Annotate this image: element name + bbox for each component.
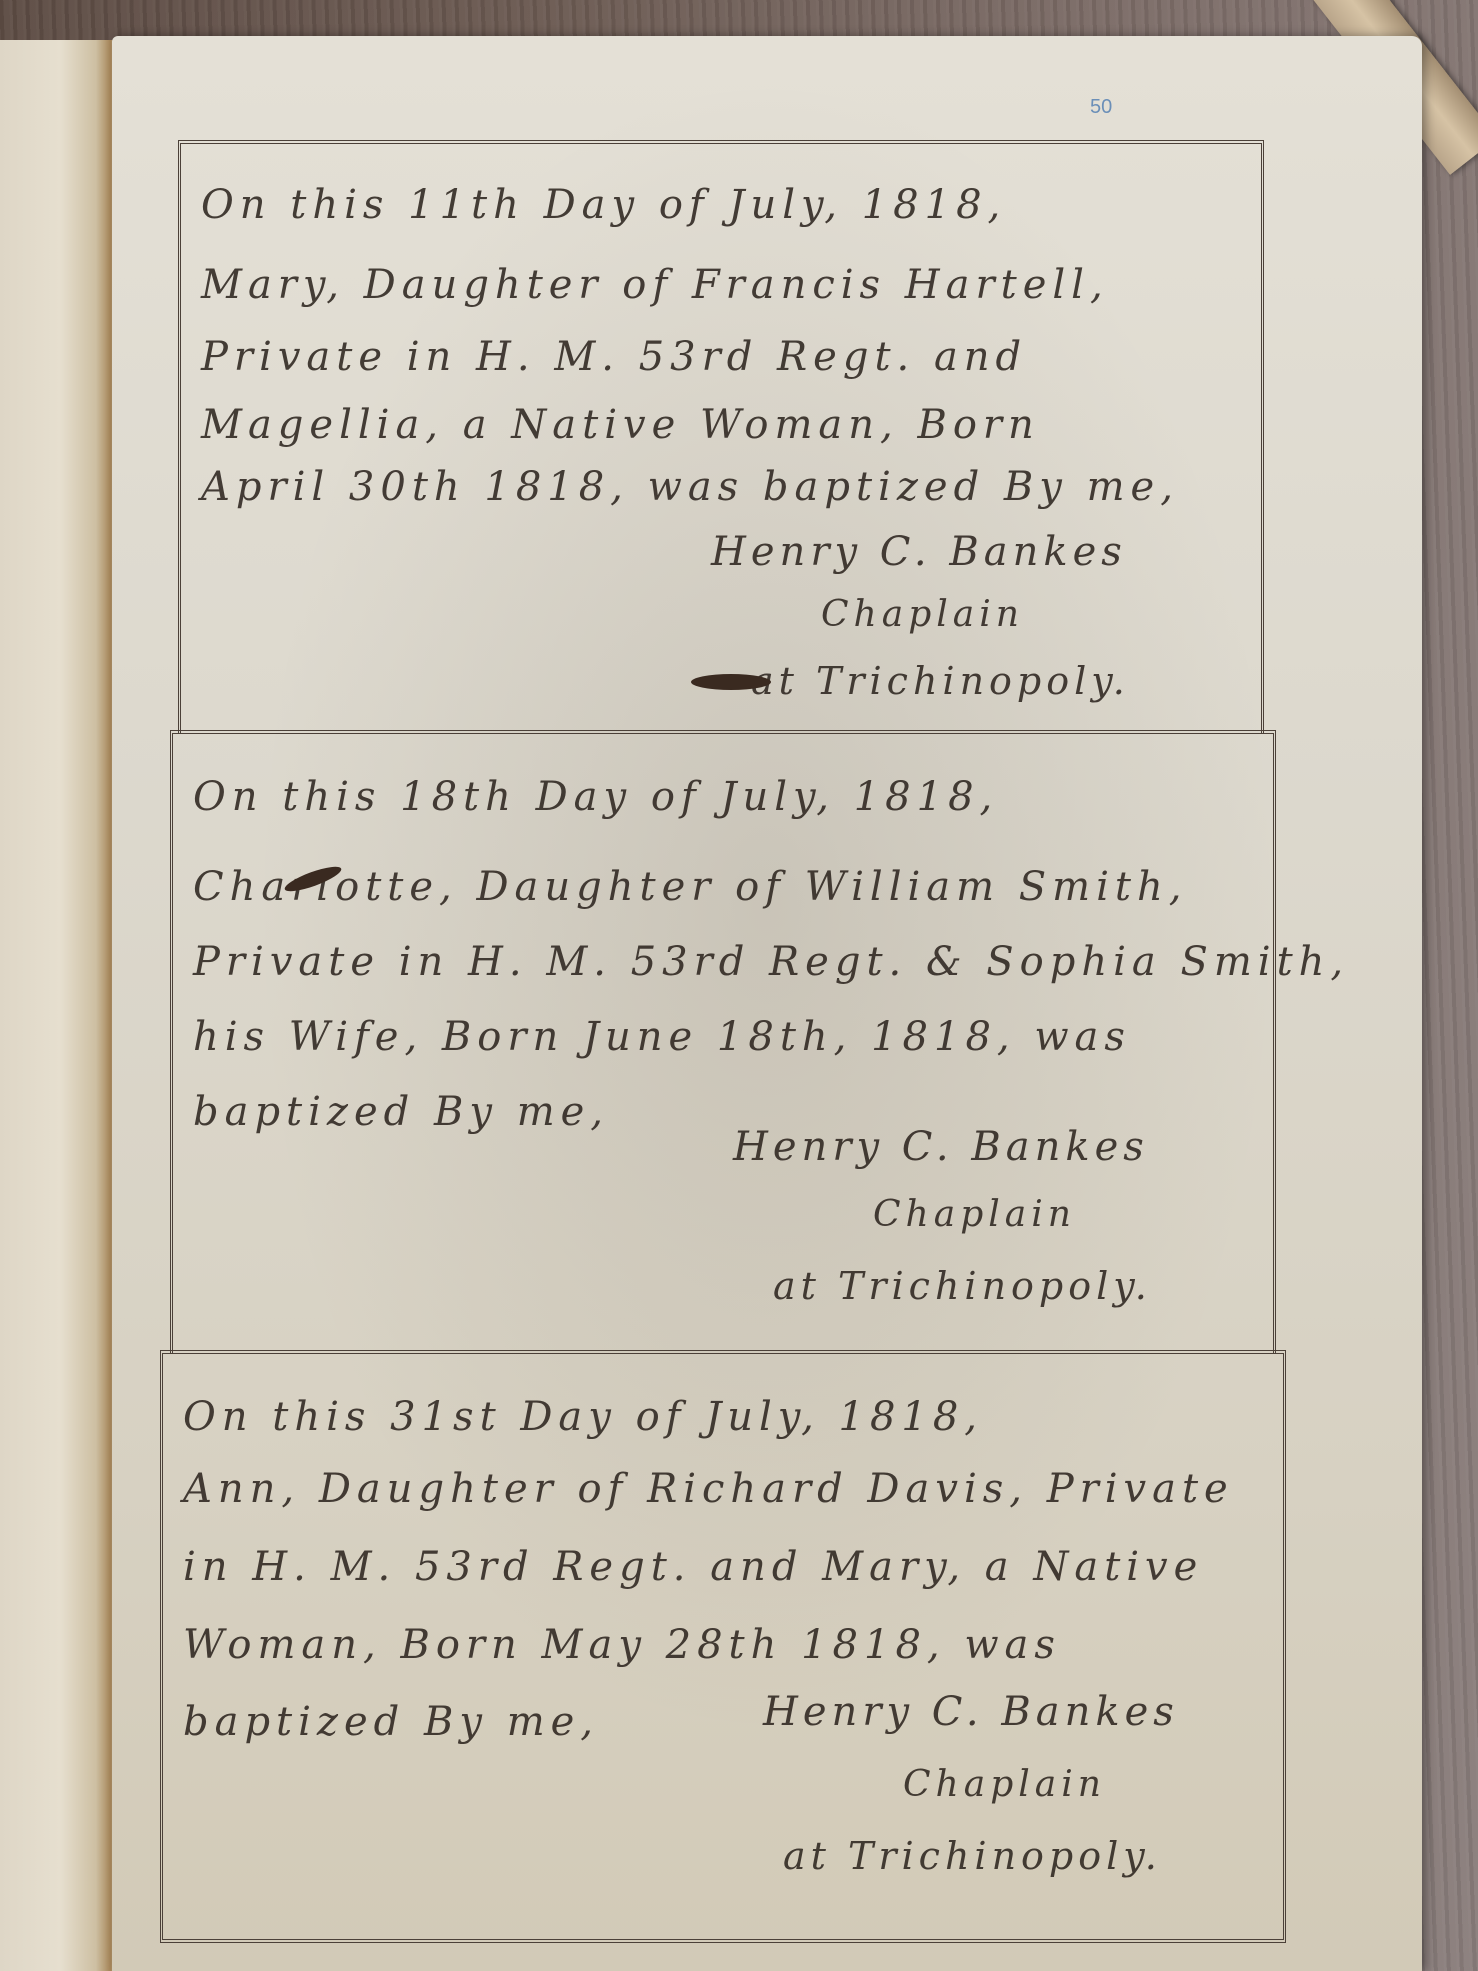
entry-line: Ann, Daughter of Richard Davis, Private <box>183 1466 1234 1512</box>
entry-line: April 30th 1818, was baptized By me, <box>201 464 1179 510</box>
baptism-entry: On this 18th Day of July, 1818, Charlott… <box>170 730 1276 1354</box>
entry-line: baptized By me, <box>183 1699 599 1745</box>
ink-blot <box>691 674 771 690</box>
entry-line: in H. M. 53rd Regt. and Mary, a Native <box>183 1544 1203 1590</box>
entry-line: On this 18th Day of July, 1818, <box>193 774 998 820</box>
entry-line: Private in H. M. 53rd Regt. & Sophia Smi… <box>193 939 1349 985</box>
chaplain-location: at Trichinopoly. <box>751 659 1130 703</box>
entry-line: Mary, Daughter of Francis Hartell, <box>201 262 1109 308</box>
chaplain-title: Chaplain <box>821 594 1024 635</box>
chaplain-title: Chaplain <box>873 1194 1076 1235</box>
entry-line: Woman, Born May 28th 1818, was <box>183 1622 1061 1668</box>
left-page-edge <box>0 40 120 1971</box>
entry-line: Magellia, a Native Woman, Born <box>201 402 1040 448</box>
chaplain-location: at Trichinopoly. <box>783 1834 1162 1878</box>
baptism-entry: On this 11th Day of July, 1818, Mary, Da… <box>178 140 1264 734</box>
chaplain-signature: Henry C. Bankes <box>733 1124 1149 1170</box>
entry-line: his Wife, Born June 18th, 1818, was <box>193 1014 1131 1060</box>
chaplain-signature: Henry C. Bankes <box>763 1689 1179 1735</box>
page-number: 50 <box>1090 96 1112 119</box>
entry-line: Charlotte, Daughter of William Smith, <box>193 864 1187 910</box>
chaplain-signature: Henry C. Bankes <box>711 529 1127 575</box>
entry-line: baptized By me, <box>193 1089 609 1135</box>
baptism-entry: On this 31st Day of July, 1818, Ann, Dau… <box>160 1350 1286 1943</box>
chaplain-title: Chaplain <box>903 1764 1106 1805</box>
entry-line: Private in H. M. 53rd Regt. and <box>201 334 1027 380</box>
entry-line: On this 31st Day of July, 1818, <box>183 1394 983 1440</box>
chaplain-location: at Trichinopoly. <box>773 1264 1152 1308</box>
entry-line: On this 11th Day of July, 1818, <box>201 182 1006 228</box>
